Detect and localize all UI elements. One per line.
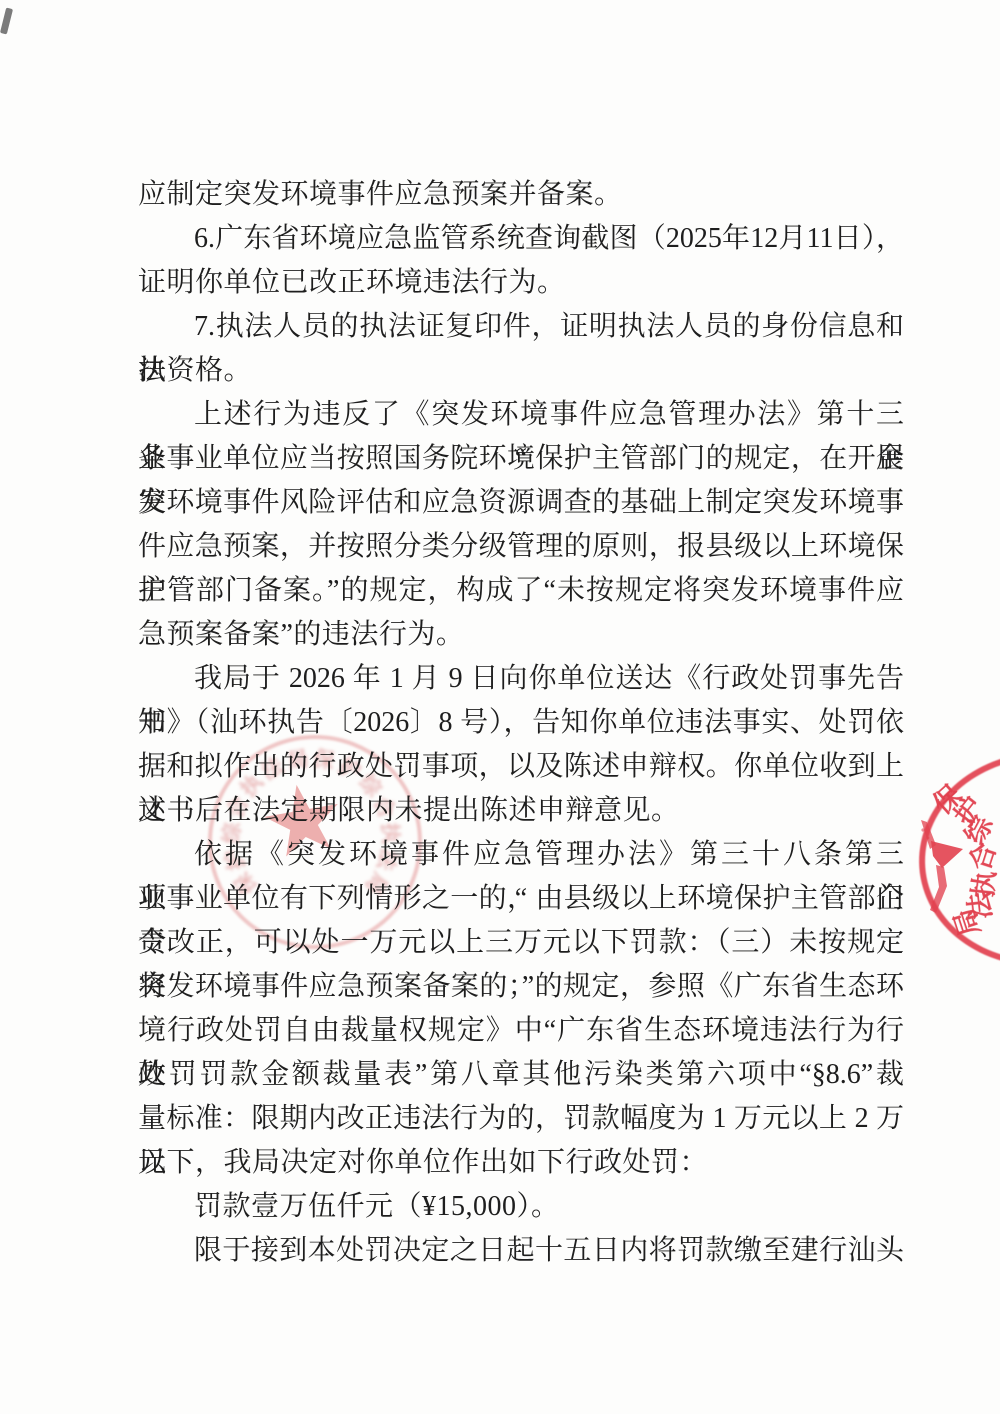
text-line: 业事业单位有下列情形之一的，由县级以上环境保护主管部门责 [138,877,904,921]
text-line: 主管部门备案。”的规定，构成了“未按规定将突发环境事件应 [138,569,904,613]
text-line: 书》（汕环执告〔2026〕8 号），告知你单位违法事实、处罚依 [138,701,904,745]
text-line: 限于接到本处罚决定之日起十五日内将罚款缴至建行汕头 [138,1229,904,1273]
scan-artifact-mark [0,8,13,35]
red-seal-star-icon [905,810,1000,925]
text-line: 罚款壹万伍仟元（¥15,000）。 [138,1185,904,1229]
text-line: 法资格。 [138,349,904,393]
text-line: 量标准：限期内改正违法行为的，罚款幅度为 1 万元以上 2 万元 [138,1097,904,1141]
text-line: 处罚罚款金额裁量表”第八章其他污染类第六项中“§8.6”裁 [138,1053,904,1097]
text-line: 7.执法人员的执法证复印件，证明执法人员的身份信息和执 [138,305,904,349]
text-line: 文书后在法定期限内未提出陈述申辩意见。 [138,789,904,833]
text-line: 突发环境事件应急预案备案的；”的规定，参照《广东省生态环 [138,965,904,1009]
text-line: 我局于 2026 年 1 月 9 日向你单位送达《行政处罚事先告知 [138,657,904,701]
document-text-block: 应制定突发环境事件应急预案并备案。6.广东省环境应急监管系统查询截图（2025年… [138,173,904,1273]
text-line: 依据《突发环境事件应急管理办法》第三十八条第三项“企 [138,833,904,877]
text-line: 急预案备案”的违法行为。 [138,613,904,657]
text-line: 据和拟作出的行政处罚事项，以及陈述申辩权。你单位收到上述 [138,745,904,789]
document-page: 保护综合执法局保护综合执法局 应制定突发环境事件应急预案并备案。6.广东省环境应… [0,0,1000,1414]
text-line: 应制定突发环境事件应急预案并备案。 [138,173,904,217]
text-line: 以下，我局决定对你单位作出如下行政处罚： [138,1141,904,1185]
text-line: 发环境事件风险评估和应急资源调查的基础上制定突发环境事 [138,481,904,525]
text-line: 境行政处罚自由裁量权规定》中“广东省生态环境违法行为行政 [138,1009,904,1053]
text-line: 件应急预案，并按照分类分级管理的原则，报县级以上环境保护 [138,525,904,569]
text-line: 令改正，可以处一万元以上三万元以下罚款：（三）未按规定将 [138,921,904,965]
text-line: 上述行为违反了《突发环境事件应急管理办法》第十三条“企 [138,393,904,437]
text-line: 证明你单位已改正环境违法行为。 [138,261,904,305]
text-line: 6.广东省环境应急监管系统查询截图（2025年12月11日）， [138,217,904,261]
text-line: 业事业单位应当按照国务院环境保护主管部门的规定，在开展突 [138,437,904,481]
